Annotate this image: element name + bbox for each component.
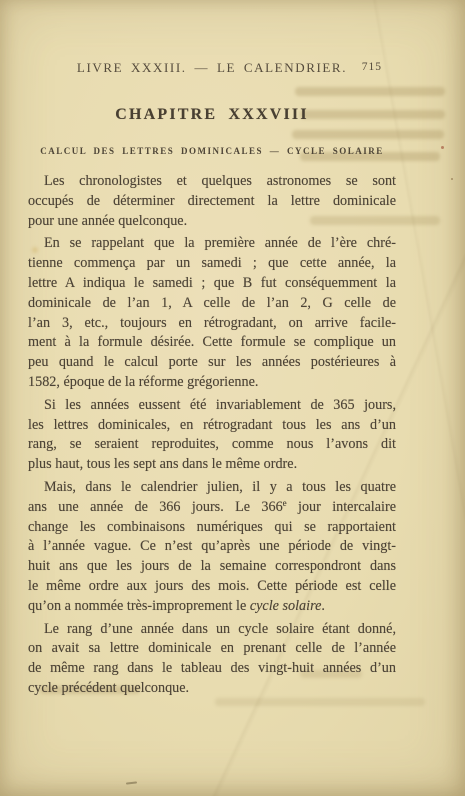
page-number: 715	[362, 61, 382, 73]
text-line: qu’on a nommée très-improprement le cycl…	[28, 597, 396, 617]
running-head: LIVRE XXXIII. — LE CALENDRIER. 715	[28, 60, 396, 78]
bleed-through-smudge	[215, 698, 425, 706]
italic-term: cycle solaire	[250, 598, 322, 614]
text-line: cycle précédent quelconque.	[28, 679, 396, 699]
text-line: ment à la formule désirée. Cette formule…	[28, 333, 396, 353]
text-line: ans une année de 366 jours. Le 366e jour…	[28, 498, 396, 518]
text-line: rang, se seraient reproduites, comme nou…	[28, 435, 396, 455]
text-line: on avait sa lettre dominicale en prenant…	[28, 639, 396, 659]
body-paragraph: En se rappelant que la première année de…	[28, 234, 396, 392]
text-line: change les combinaisons numériques qui s…	[28, 518, 396, 538]
text-line: Si les années eussent été invariablement…	[28, 396, 396, 416]
text-line: lettre A indiqua le samedi ; que B fut c…	[28, 274, 396, 294]
paper-speck	[441, 146, 444, 149]
text-line: tienne commença par un samedi ; que cett…	[28, 254, 396, 274]
bleed-through-smudge	[292, 130, 444, 139]
text-line: de même rang dans le tableau des vingt-h…	[28, 659, 396, 679]
text-segment: jour intercalaire	[287, 499, 396, 515]
paper-speck	[451, 178, 453, 180]
text-line: En se rappelant que la première année de…	[28, 234, 396, 254]
bleed-through-smudge	[295, 87, 445, 96]
text-line: dominicale de l’an 1, A celle de l’an 2,…	[28, 294, 396, 314]
text-line: les lettres dominicales, en rétrogradant…	[28, 416, 396, 436]
text-segment: ans une année de 366 jours. Le 366	[28, 499, 283, 515]
text-line: Les chronologistes et quelques astronome…	[28, 172, 396, 192]
text-line: 1582, époque de la réforme grégorienne.	[28, 373, 396, 393]
text-line: huit ans que les jours de la semaine cor…	[28, 557, 396, 577]
running-title: LIVRE XXXIII. — LE CALENDRIER.	[77, 60, 347, 75]
text-segment: qu’on a nommée très-improprement le	[28, 598, 250, 614]
text-line: pour une année quelconque.	[28, 212, 396, 232]
body-paragraph: Les chronologistes et quelques astronome…	[28, 172, 396, 231]
text-line: le même ordre aux jours des mois. Cette …	[28, 577, 396, 597]
text-line: peu quand le calcul porte sur les années…	[28, 353, 396, 373]
page-body: Les chronologistes et quelques astronome…	[28, 172, 396, 699]
text-line: l’an 3, etc., toujours en rétrogradant, …	[28, 314, 396, 334]
body-paragraph: Si les années eussent été invariablement…	[28, 396, 396, 475]
chapter-title: CHAPITRE XXXVIII	[28, 106, 396, 124]
text-line: occupés de déterminer directement la let…	[28, 192, 396, 212]
body-paragraph: Mais, dans le calendrier julien, il y a …	[28, 478, 396, 617]
text-line: plus haut, tous les sept ans dans le mêm…	[28, 455, 396, 475]
text-line: Mais, dans le calendrier julien, il y a …	[28, 478, 396, 498]
chapter-subtitle: CALCUL DES LETTRES DOMINICALES — CYCLE S…	[28, 146, 396, 156]
text-line: à l’année vague. Ce n’est qu’après une p…	[28, 537, 396, 557]
book-page: LIVRE XXXIII. — LE CALENDRIER. 715 CHAPI…	[0, 0, 465, 796]
text-line: Le rang d’une année dans un cycle solair…	[28, 620, 396, 640]
body-paragraph: Le rang d’une année dans un cycle solair…	[28, 620, 396, 699]
paper-speck	[126, 781, 137, 784]
text-segment: .	[321, 598, 325, 614]
